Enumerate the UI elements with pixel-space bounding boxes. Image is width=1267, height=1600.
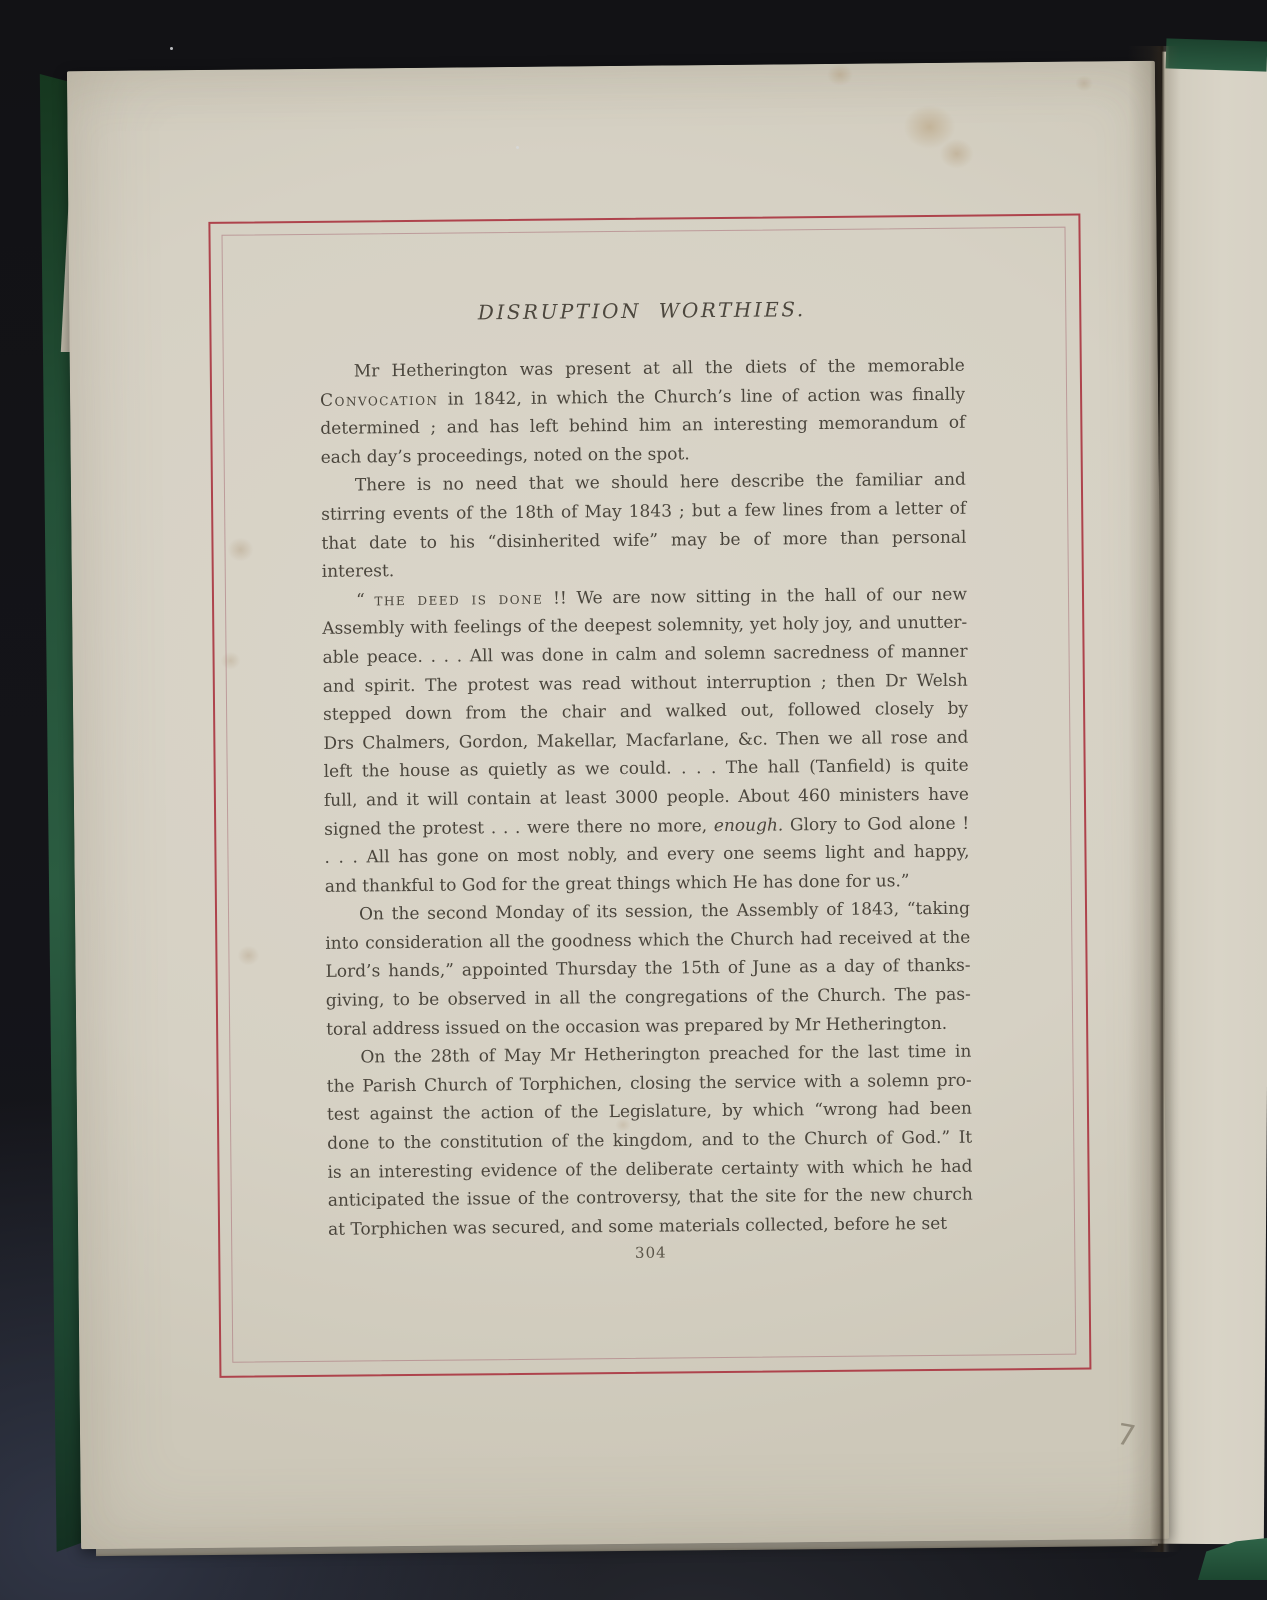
- body-text: left the house as quietly as we could. .…: [324, 756, 969, 782]
- book-cover-top-right-edge: [1166, 38, 1267, 71]
- page-heading: DISRUPTION WORTHIES.: [319, 293, 964, 329]
- body-text: Glory to God alone !: [783, 813, 969, 835]
- text-body: Mr Hetherington was present at all the d…: [320, 352, 973, 1245]
- body-text: able peace. . . . All was done in calm a…: [322, 642, 967, 668]
- body-text: anticipated the issue of the controversy…: [328, 1185, 973, 1211]
- body-paragraph: “ the deed is done !! We are now sitting…: [322, 580, 970, 901]
- body-text: “: [356, 590, 375, 610]
- body-paragraph: Mr Hetherington was present at all the d…: [320, 352, 966, 473]
- body-text: . . . All has gone on most nobly, and ev…: [324, 842, 969, 868]
- body-text: in 1842, in which the Church’s line of a…: [438, 384, 965, 409]
- body-text: is an interesting evidence of the delibe…: [327, 1156, 972, 1182]
- body-paragraph: On the second Monday of its session, the…: [325, 895, 971, 1044]
- body-text: each day’s proceedings, noted on the spo…: [321, 444, 690, 468]
- body-text: Mr Hetherington was present at all the d…: [354, 356, 965, 382]
- body-text: that date to his “disinherited wife” may…: [321, 527, 966, 553]
- body-text: Drs Chalmers, Gordon, Makellar, Macfarla…: [323, 727, 968, 753]
- body-text: and spirit. The protest was read without…: [323, 670, 968, 696]
- foxing-stain: [903, 105, 955, 149]
- body-text: Lord’s hands,” appointed Thursday the 15…: [325, 956, 970, 982]
- book-photograph: DISRUPTION WORTHIES. Mr Hetherington was…: [0, 0, 1267, 1600]
- text-column: DISRUPTION WORTHIES. Mr Hetherington was…: [319, 293, 973, 1267]
- foxing-stain: [827, 64, 853, 86]
- book-gutter-shadow: [1128, 46, 1180, 1552]
- small-caps-text: the deed is done: [374, 588, 543, 610]
- body-text: the Parish Church of Torphichen, closing…: [327, 1070, 972, 1096]
- body-text: determined ; and has left behind him an …: [320, 413, 965, 439]
- body-text: On the 28th of May Mr Hetherington preac…: [360, 1042, 971, 1068]
- body-text: interest.: [322, 561, 395, 582]
- body-text: stepped down from the chair and walked o…: [323, 699, 968, 725]
- body-text: test against the action of the Legislatu…: [327, 1099, 972, 1125]
- body-text: done to the constitution of the kingdom,…: [327, 1128, 972, 1154]
- dust-speck: [516, 146, 519, 149]
- body-text: full, and it will contain at least 3000 …: [324, 785, 969, 811]
- body-text: and thankful to God for the great things…: [325, 871, 910, 897]
- body-text: Assembly with feelings of the deepest so…: [322, 613, 967, 639]
- italic-text: enough.: [714, 815, 784, 836]
- body-text: On the second Monday of its session, the…: [359, 899, 970, 925]
- body-text: signed the protest . . . were there no m…: [324, 816, 714, 840]
- small-caps-text: Convocation: [320, 389, 439, 410]
- foxing-stain: [940, 139, 974, 169]
- body-paragraph: On the 28th of May Mr Hetherington preac…: [326, 1038, 973, 1244]
- body-text: toral address issued on the occasion was…: [326, 1014, 947, 1040]
- body-paragraph: There is no need that we should here des…: [321, 466, 967, 587]
- dust-speck: [170, 47, 173, 50]
- text-line: at Torphichen was secured, and some mate…: [328, 1209, 973, 1244]
- body-text: giving, to be observed in all the congre…: [326, 985, 971, 1011]
- foxing-stain: [1075, 75, 1093, 91]
- body-text: !! We are now sitting in the hall of our…: [543, 584, 967, 608]
- book-page: DISRUPTION WORTHIES. Mr Hetherington was…: [67, 61, 1169, 1549]
- body-text: stirring events of the 18th of May 1843 …: [321, 499, 966, 525]
- body-text: at Torphichen was secured, and some mate…: [328, 1214, 947, 1240]
- body-text: into consideration all the goodness whic…: [325, 927, 970, 953]
- body-text: There is no need that we should here des…: [355, 470, 966, 496]
